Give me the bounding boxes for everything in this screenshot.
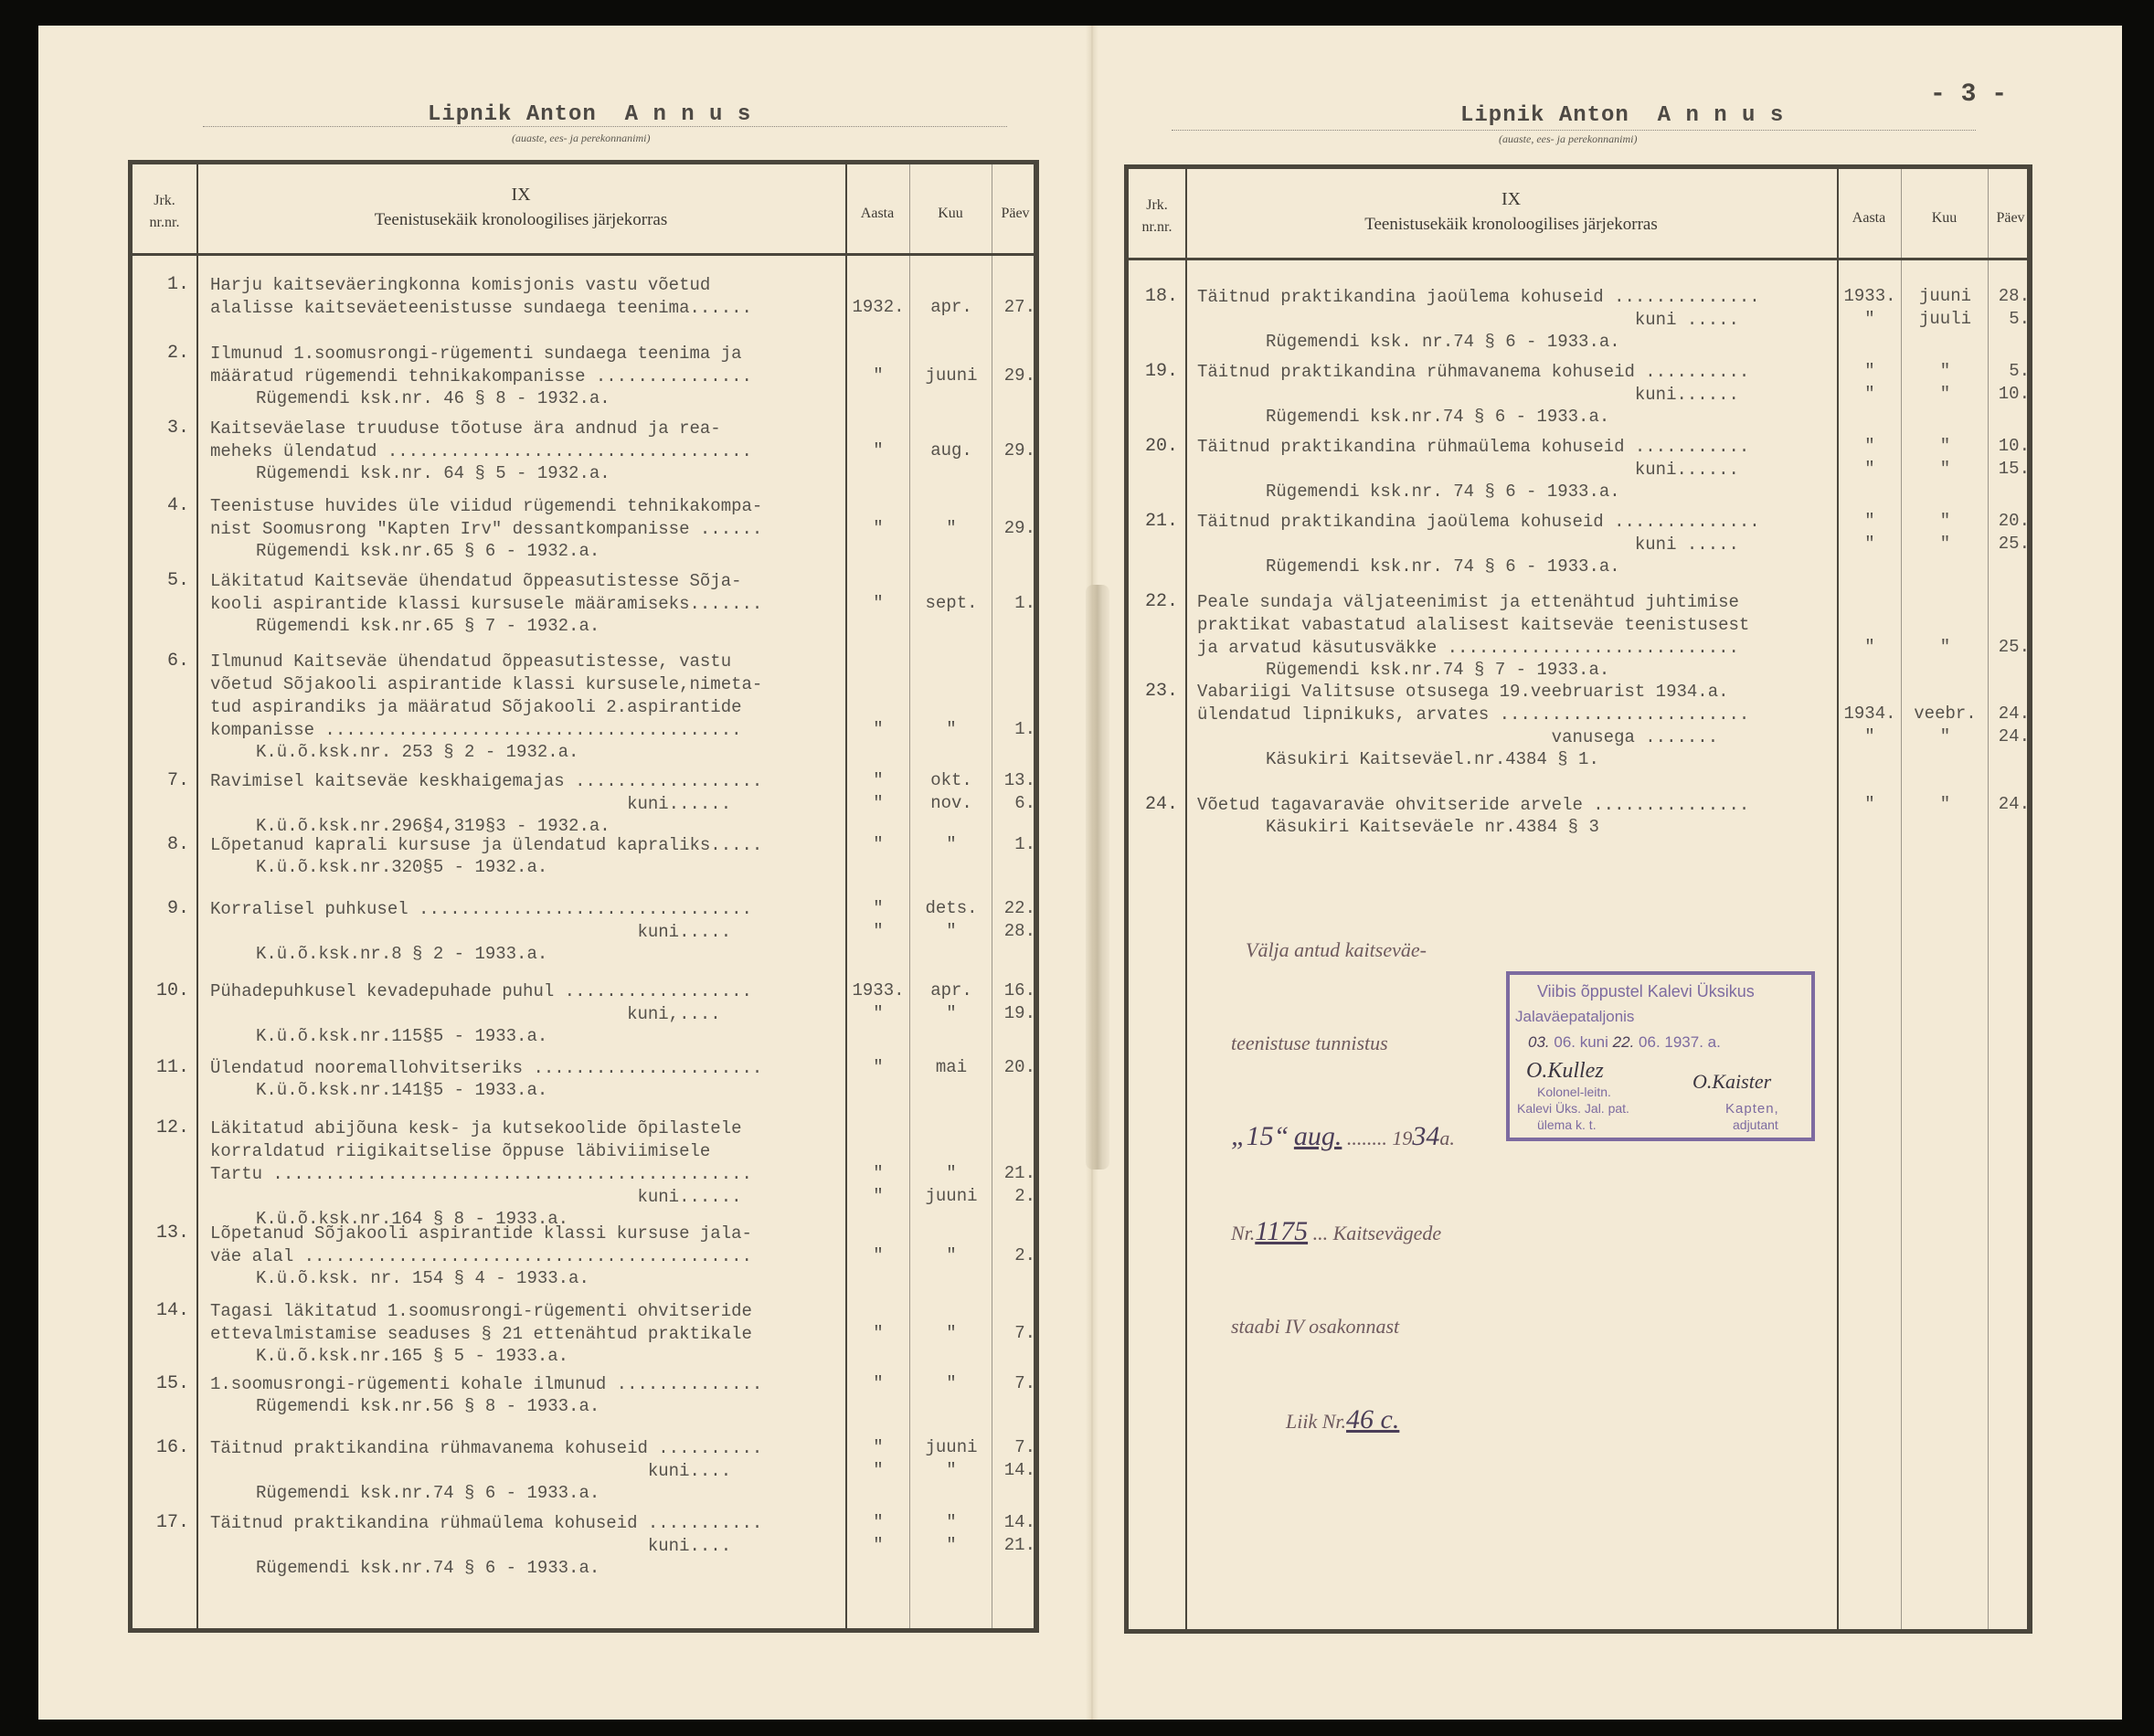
entry-month: " bbox=[911, 518, 992, 538]
entry-day: 20. bbox=[992, 1057, 1035, 1077]
entry-number: 20. bbox=[1132, 436, 1178, 457]
entry-text-line: korraldatud riigikaitselise õppuse läbiv… bbox=[210, 1140, 710, 1163]
entry-month: mai bbox=[911, 1057, 992, 1077]
entry-month: juuni bbox=[1903, 286, 1988, 306]
entry-text-line: võetud Sõjakooli aspirantide klassi kurs… bbox=[210, 673, 762, 696]
section-numeral: IX bbox=[1185, 189, 1837, 210]
entry-text-line: nist Soomusrong "Kapten Irv" dessantkomp… bbox=[210, 518, 762, 541]
entry-number: 6. bbox=[143, 651, 189, 672]
entry-text-line: vanusega ....... bbox=[1197, 726, 1718, 749]
entry-text-line: Võetud tagavaraväe ohvitseride arvele ..… bbox=[1197, 794, 1749, 817]
entry-year: " bbox=[847, 898, 909, 918]
entry-day: 19. bbox=[992, 1003, 1035, 1023]
name-hint-right: (auaste, ees- ja perekonnanimi) bbox=[1499, 132, 1638, 146]
entry-day: 14. bbox=[992, 1460, 1035, 1480]
entry-day: 16. bbox=[992, 980, 1035, 1000]
entry-month: " bbox=[911, 1163, 992, 1183]
entry-text-line: väe alal ...............................… bbox=[210, 1245, 752, 1268]
entry-reference: K.ü.õ.ksk.nr.8 § 2 - 1933.a. bbox=[256, 944, 547, 964]
entry-year: " bbox=[1839, 384, 1901, 404]
entry-month: " bbox=[1903, 534, 1988, 554]
entry-text-line: Ilmunud 1.soomusrongi-rügementi sundaega… bbox=[210, 343, 742, 365]
entry-number: 14. bbox=[143, 1300, 189, 1321]
entry-month: " bbox=[1903, 794, 1988, 814]
entry-number: 18. bbox=[1132, 286, 1178, 307]
entry-reference: Rügemendi ksk.nr.74 § 6 - 1933.a. bbox=[256, 1483, 600, 1503]
entry-month: juuni bbox=[911, 1437, 992, 1457]
entry-reference: K.ü.õ.ksk.nr.165 § 5 - 1933.a. bbox=[256, 1346, 568, 1366]
entry-text-line: Täitnud praktikandina jaoülema kohuseid … bbox=[1197, 286, 1760, 309]
entry-day: 24. bbox=[1988, 704, 2030, 724]
entry-month: " bbox=[911, 1373, 992, 1393]
entry-year: " bbox=[847, 1437, 909, 1457]
entry-text-line: Teenistuse huvides üle viidud rügemendi … bbox=[210, 495, 762, 518]
entry-day: 10. bbox=[1988, 384, 2030, 404]
exercise-stamp: Viibis õppustel Kalevi Üksikus Jalaväepa… bbox=[1506, 971, 1815, 1141]
entry-reference: K.ü.õ.ksk.nr.296§4,319§3 - 1932.a. bbox=[256, 816, 610, 836]
entry-number: 17. bbox=[143, 1512, 189, 1533]
entry-number: 3. bbox=[143, 418, 189, 439]
col-no-header: Jrk. nr.nr. bbox=[1129, 195, 1185, 238]
entry-text-line: Lõpetanud Sõjakooli aspirantide klassi k… bbox=[210, 1223, 752, 1245]
section-numeral: IX bbox=[196, 185, 845, 206]
entry-year: " bbox=[847, 1186, 909, 1206]
entry-text-line: ettevalmistamise seaduses § 21 ettenähtu… bbox=[210, 1323, 752, 1346]
entry-number: 21. bbox=[1132, 511, 1178, 532]
entry-month: " bbox=[911, 1323, 992, 1343]
entry-year: " bbox=[1839, 794, 1901, 814]
entry-month: okt. bbox=[911, 770, 992, 790]
entry-number: 1. bbox=[143, 274, 189, 295]
entry-month: " bbox=[911, 1512, 992, 1532]
entry-month: " bbox=[911, 834, 992, 854]
entry-day: 29. bbox=[992, 518, 1035, 538]
entry-number: 23. bbox=[1132, 681, 1178, 702]
entry-month: dets. bbox=[911, 898, 992, 918]
entry-year: " bbox=[847, 1373, 909, 1393]
entry-year: " bbox=[847, 1163, 909, 1183]
col-month-header: Kuu bbox=[909, 206, 992, 222]
entry-day: 7. bbox=[992, 1373, 1035, 1393]
entry-year: " bbox=[1839, 436, 1901, 456]
entry-reference: Rügemendi ksk.nr. 46 § 8 - 1932.a. bbox=[256, 388, 610, 408]
entry-text-line: Täitnud praktikandina jaoülema kohuseid … bbox=[1197, 511, 1760, 534]
entry-month: veebr. bbox=[1903, 704, 1988, 724]
entry-reference: Käsukiri Kaitseväel.nr.4384 § 1. bbox=[1266, 749, 1599, 769]
entry-month: " bbox=[911, 921, 992, 941]
entry-number: 2. bbox=[143, 343, 189, 364]
col-day-header: Päev bbox=[992, 206, 1039, 222]
entry-month: " bbox=[911, 1003, 992, 1023]
entry-text-line: Tartu ..................................… bbox=[210, 1163, 752, 1186]
entry-year: " bbox=[847, 1057, 909, 1077]
person-name-right: Lipnik Anton A n n u s bbox=[1460, 103, 1784, 128]
entry-text-line: Harju kaitseväeringkonna komisjonis vast… bbox=[210, 274, 710, 297]
entry-year: " bbox=[847, 834, 909, 854]
signature-2: O.Kaister bbox=[1692, 1070, 1771, 1094]
entry-number: 5. bbox=[143, 570, 189, 591]
entry-number: 12. bbox=[143, 1117, 189, 1138]
entry-reference: Rügemendi ksk.nr. 74 § 6 - 1933.a. bbox=[1266, 556, 1620, 577]
entry-month: " bbox=[911, 1460, 992, 1480]
entry-year: " bbox=[847, 518, 909, 538]
entry-number: 7. bbox=[143, 770, 189, 791]
entry-month: " bbox=[1903, 511, 1988, 531]
entry-reference: K.ü.õ.ksk. nr. 154 § 4 - 1933.a. bbox=[256, 1268, 589, 1288]
service-table-right: Jrk. nr.nr. IX Teenistusekäik kronoloogi… bbox=[1124, 164, 2032, 1634]
entry-day: 13. bbox=[992, 770, 1035, 790]
entry-reference: K.ü.õ.ksk.nr. 253 § 2 - 1932.a. bbox=[256, 742, 578, 762]
entry-year: " bbox=[1839, 361, 1901, 381]
entry-day: 15. bbox=[1988, 459, 2030, 479]
entry-text-line: Ilmunud Kaitseväe ühendatud õppeasutiste… bbox=[210, 651, 731, 673]
entry-text-line: kuni..... bbox=[210, 921, 731, 944]
entry-number: 19. bbox=[1132, 361, 1178, 382]
entry-text-line: Lõpetanud kaprali kursuse ja ülendatud k… bbox=[210, 834, 762, 857]
col-no-header: Jrk. nr.nr. bbox=[133, 190, 196, 234]
entry-day: 25. bbox=[1988, 637, 2030, 657]
entry-year: " bbox=[847, 1323, 909, 1343]
entry-text-line: Vabariigi Valitsuse otsusega 19.veebruar… bbox=[1197, 681, 1729, 704]
col-year-header: Aasta bbox=[1837, 210, 1901, 227]
entry-text-line: kuni...... bbox=[210, 793, 731, 816]
entry-month: aug. bbox=[911, 440, 992, 460]
entry-text-line: kuni...... bbox=[1197, 384, 1739, 407]
entry-year: 1934. bbox=[1839, 704, 1901, 724]
entry-month: apr. bbox=[911, 980, 992, 1000]
entry-year: " bbox=[847, 921, 909, 941]
entry-text-line: Ülendatud nooremallohvitseriks .........… bbox=[210, 1057, 762, 1080]
entry-text-line: määratud rügemendi tehnikakompanisse ...… bbox=[210, 365, 752, 388]
entry-day: 28. bbox=[1988, 286, 2030, 306]
entry-month: " bbox=[1903, 726, 1988, 746]
entry-day: 5. bbox=[1988, 309, 2030, 329]
entry-number: 15. bbox=[143, 1373, 189, 1394]
entry-number: 10. bbox=[143, 980, 189, 1001]
entry-reference: Rügemendi ksk.nr.65 § 6 - 1932.a. bbox=[256, 541, 600, 561]
entry-text-line: kuni,.... bbox=[210, 1003, 721, 1026]
col-desc-header: Teenistusekäik kronoloogilises järjekorr… bbox=[196, 210, 845, 230]
entry-text-line: Täitnud praktikandina rühmaülema kohusei… bbox=[210, 1512, 762, 1535]
entry-month: " bbox=[911, 719, 992, 739]
entry-day: 21. bbox=[992, 1163, 1035, 1183]
entry-reference: K.ü.õ.ksk.nr.320§5 - 1932.a. bbox=[256, 857, 547, 877]
entry-text-line: ja arvatud käsutusväkke ................… bbox=[1197, 637, 1739, 660]
entry-day: 25. bbox=[1988, 534, 2030, 554]
entry-reference: Rügemendi ksk.nr. 74 § 6 - 1933.a. bbox=[1266, 482, 1620, 502]
entry-text-line: Täitnud praktikandina rühmaülema kohusei… bbox=[1197, 436, 1749, 459]
certificate-note: Välja antud kaitseväe- teenistuse tunnis… bbox=[1231, 873, 1455, 1499]
person-name-left: Lipnik Anton A n n u s bbox=[428, 102, 751, 127]
entry-day: 1. bbox=[992, 834, 1035, 854]
entry-day: 5. bbox=[1988, 361, 2030, 381]
entry-day: 29. bbox=[992, 440, 1035, 460]
entry-text-line: Läkitatud Kaitseväe ühendatud õppeasutis… bbox=[210, 570, 742, 593]
entry-day: 2. bbox=[992, 1245, 1035, 1265]
entry-number: 9. bbox=[143, 898, 189, 919]
entry-month: " bbox=[911, 1535, 992, 1555]
entry-text-line: kompanisse .............................… bbox=[210, 719, 742, 742]
entry-month: juuni bbox=[911, 1186, 992, 1206]
entry-day: 1. bbox=[992, 719, 1035, 739]
entry-day: 28. bbox=[992, 921, 1035, 941]
entry-number: 24. bbox=[1132, 794, 1178, 815]
entry-number: 16. bbox=[143, 1437, 189, 1458]
col-year-header: Aasta bbox=[845, 206, 909, 222]
entry-text-line: Täitnud praktikandina rühmavanema kohuse… bbox=[1197, 361, 1749, 384]
entry-year: " bbox=[1839, 459, 1901, 479]
entry-day: 14. bbox=[992, 1512, 1035, 1532]
entry-year: " bbox=[847, 1245, 909, 1265]
entry-year: " bbox=[1839, 309, 1901, 329]
entry-year: 1932. bbox=[847, 297, 909, 317]
entry-reference: K.ü.õ.ksk.nr.115§5 - 1933.a. bbox=[256, 1026, 547, 1046]
entry-text-line: kooli aspirantide klassi kursusele määra… bbox=[210, 593, 762, 616]
col-desc-header: Teenistusekäik kronoloogilises järjekorr… bbox=[1185, 215, 1837, 235]
entry-day: 6. bbox=[992, 793, 1035, 813]
entry-day: 29. bbox=[992, 365, 1035, 386]
entry-text-line: Peale sundaja väljateenimist ja ettenäht… bbox=[1197, 591, 1739, 614]
signature-1: O.Kullez bbox=[1526, 1059, 1604, 1084]
entry-number: 8. bbox=[143, 834, 189, 855]
entry-day: 1. bbox=[992, 593, 1035, 613]
entry-reference: Rügemendi ksk.nr.74 § 6 - 1933.a. bbox=[256, 1558, 600, 1578]
entry-year: " bbox=[847, 593, 909, 613]
entry-year: " bbox=[847, 1535, 909, 1555]
entry-month: " bbox=[1903, 459, 1988, 479]
entry-number: 13. bbox=[143, 1223, 189, 1244]
entry-month: juuni bbox=[911, 365, 992, 386]
entry-month: nov. bbox=[911, 793, 992, 813]
entry-text-line: kuni...... bbox=[1197, 459, 1739, 482]
entry-reference: Rügemendi ksk.nr.65 § 7 - 1932.a. bbox=[256, 616, 600, 636]
entry-text-line: kuni ..... bbox=[1197, 534, 1739, 556]
service-table-left: Jrk. nr.nr. IX Teenistusekäik kronoloogi… bbox=[128, 160, 1039, 1633]
entry-text-line: Korralisel puhkusel ....................… bbox=[210, 898, 752, 921]
entry-month: " bbox=[911, 1245, 992, 1265]
entry-number: 22. bbox=[1132, 591, 1178, 612]
entry-month: " bbox=[1903, 637, 1988, 657]
entry-reference: Rügemendi ksk.nr.74 § 6 - 1933.a. bbox=[1266, 407, 1609, 427]
entry-text-line: Pühadepuhkusel kevadepuhade puhul ......… bbox=[210, 980, 752, 1003]
entry-year: " bbox=[847, 770, 909, 790]
entry-day: 7. bbox=[992, 1437, 1035, 1457]
entry-year: " bbox=[847, 1512, 909, 1532]
entry-reference: Rügemendi ksk. nr.74 § 6 - 1933.a. bbox=[1266, 332, 1620, 352]
entry-year: " bbox=[847, 440, 909, 460]
entry-year: " bbox=[847, 1460, 909, 1480]
entry-reference: Rügemendi ksk.nr.56 § 8 - 1933.a. bbox=[256, 1396, 600, 1416]
entry-number: 4. bbox=[143, 495, 189, 516]
entry-text-line: Ravimisel kaitseväe keskhaigemajas .....… bbox=[210, 770, 762, 793]
entry-text-line: ülendatud lipnikuks, arvates ...........… bbox=[1197, 704, 1749, 726]
entry-month: " bbox=[1903, 436, 1988, 456]
entry-number: 11. bbox=[143, 1057, 189, 1078]
entry-month: sept. bbox=[911, 593, 992, 613]
entry-day: 22. bbox=[992, 898, 1035, 918]
entry-text-line: meheks ülendatud .......................… bbox=[210, 440, 752, 463]
col-day-header: Päev bbox=[1988, 210, 2033, 227]
entry-text-line: Läkitatud abijõuna kesk- ja kutsekoolide… bbox=[210, 1117, 742, 1140]
entry-text-line: Täitnud praktikandina rühmavanema kohuse… bbox=[210, 1437, 762, 1460]
entry-day: 10. bbox=[1988, 436, 2030, 456]
entry-reference: Rügemendi ksk.nr.74 § 7 - 1933.a. bbox=[1266, 660, 1609, 680]
entry-day: 24. bbox=[1988, 726, 2030, 746]
entry-text-line: Kaitseväelase truuduse tõotuse ära andnu… bbox=[210, 418, 721, 440]
name-hint-left: (auaste, ees- ja perekonnanimi) bbox=[512, 132, 651, 145]
entry-month: " bbox=[1903, 361, 1988, 381]
entry-day: 7. bbox=[992, 1323, 1035, 1343]
entry-text-line: Tagasi läkitatud 1.soomusrongi-rügementi… bbox=[210, 1300, 752, 1323]
entry-text-line: kuni.... bbox=[210, 1535, 731, 1558]
entry-year: " bbox=[1839, 511, 1901, 531]
entry-year: " bbox=[1839, 534, 1901, 554]
entry-reference: K.ü.õ.ksk.nr.141§5 - 1933.a. bbox=[256, 1080, 547, 1100]
entry-day: 24. bbox=[1988, 794, 2030, 814]
entry-year: " bbox=[847, 1003, 909, 1023]
fold-tear bbox=[1086, 585, 1109, 1170]
entry-year: " bbox=[847, 793, 909, 813]
entry-text-line: kuni.... bbox=[210, 1460, 731, 1483]
entry-reference: Käsukiri Kaitseväele nr.4384 § 3 bbox=[1266, 817, 1599, 837]
entry-year: " bbox=[847, 719, 909, 739]
entry-day: 20. bbox=[1988, 511, 2030, 531]
entry-text-line: 1.soomusrongi-rügementi kohale ilmunud .… bbox=[210, 1373, 762, 1396]
entry-month: " bbox=[1903, 384, 1988, 404]
entry-year: " bbox=[847, 365, 909, 386]
entry-text-line: praktikat vabastatud alalisest kaitseväe… bbox=[1197, 614, 1749, 637]
entry-year: " bbox=[1839, 726, 1901, 746]
entry-month: juuli bbox=[1903, 309, 1988, 329]
entry-day: 21. bbox=[992, 1535, 1035, 1555]
entry-year: 1933. bbox=[847, 980, 909, 1000]
entry-text-line: kuni...... bbox=[210, 1186, 742, 1209]
entry-year: 1933. bbox=[1839, 286, 1901, 306]
entry-month: apr. bbox=[911, 297, 992, 317]
entry-day: 27. bbox=[992, 297, 1035, 317]
entry-reference: Rügemendi ksk.nr. 64 § 5 - 1932.a. bbox=[256, 463, 610, 483]
entry-text-line: alalisse kaitseväeteenistusse sundaega t… bbox=[210, 297, 752, 320]
entry-day: 2. bbox=[992, 1186, 1035, 1206]
col-month-header: Kuu bbox=[1901, 210, 1988, 227]
entry-text-line: kuni ..... bbox=[1197, 309, 1739, 332]
entry-text-line: tud aspirandiks ja määratud Sõjakooli 2.… bbox=[210, 696, 742, 719]
entry-year: " bbox=[1839, 637, 1901, 657]
